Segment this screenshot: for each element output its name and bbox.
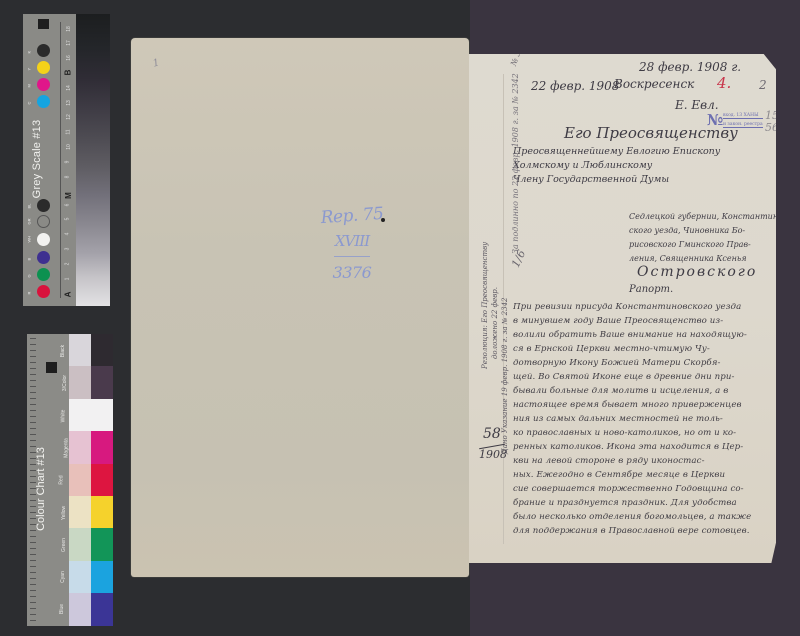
colour-chart-title: Colour Chart #13 [35,447,47,531]
grey-scale-strip [76,14,110,306]
scale-number: 16 [66,55,72,61]
sender-line: Седлецкой губернии, Константинов- [629,212,790,221]
body-line: ко православных и ново-католиков, но от … [513,428,769,438]
body-line: щей. Во Святой Иконе еще в древние дни п… [513,372,769,382]
patch-label: Red [59,475,65,484]
archive-rep-number: Rep. 75 [316,204,387,229]
scale-letter-a: A [63,292,72,298]
margin-registry-note: За подлинно по 22 февр. 1908 г. за № 234… [511,73,520,254]
patch-label: Green [61,538,67,552]
patch-red-light [69,464,91,496]
resolution-signature: Е. Евл. [675,98,719,112]
body-line: ренных католиков. Икона эта находится в … [513,442,769,452]
body-line: бывали больные для молитв и исцеления, а… [513,386,769,396]
margin-resolution-note-2: доложено 22 февр. [491,287,499,359]
body-line: волили обратить Ваше внимание на находящ… [513,330,769,340]
scale-number: 6 [64,204,70,207]
addressee-line: Холмскому и Люблинскому [513,160,652,171]
b-dot-icon [37,251,50,264]
body-line: было несколько отделения богомольцев, а … [513,512,769,522]
sender-line: рисовского Гминского Прав- [629,240,751,249]
dot-label: Y [27,65,32,71]
addressee-line: Преосвященнейшему Евлогию Епископу [513,146,720,157]
body-line: в минувшем году Ваше Преосвященство из- [513,316,769,326]
scale-number: 5 [64,218,70,221]
patch-label: Yellow [61,506,67,520]
g-dot-icon [37,268,50,281]
case-number: 58 [483,426,501,442]
dot-label: B [27,255,32,261]
wh-dot-icon [37,233,50,246]
dot-label: M [27,82,32,88]
stamp-line-1: вход. 13 ХАНЫ [723,113,763,119]
dot-label: BL [27,203,32,209]
colour-chart-target: Colour Chart #13 Black 3/Color White Mag… [27,334,113,626]
gr-dot-icon [37,215,50,228]
page-number: 2 [759,78,767,92]
patch-blue-light [69,593,91,625]
scale-number: 18 [66,26,72,32]
grey-scale-title: Grey Scale #13 [31,120,43,199]
patch-black-light [69,334,91,366]
dot-label: K [27,48,32,54]
addressee-title: Его Преосвященству [564,124,738,142]
patch-cyan [91,561,113,593]
letter-page: 28 февр. 1908 г. № 377 22 февр. 1908 Вос… [469,54,776,563]
margin-instruction-note: Дано Указание 19 февр. 1908 г. за № 2342 [501,298,509,454]
c-dot-icon [37,95,50,108]
patch-black [91,334,113,366]
dot-label: GR [27,219,32,225]
sender-surname: Островского [637,264,757,280]
m-dot-icon [37,78,50,91]
patch-blue [91,593,113,625]
scale-number: 9 [64,161,70,164]
body-line: При ревизии присуда Константиновского уе… [513,302,769,312]
colour-chart-ruler: Colour Chart #13 Black 3/Color White Mag… [27,334,69,626]
red-pencil-mark: 4. [717,74,731,92]
archive-volume-number: XVIII [317,232,387,250]
body-line: брание и празднуется праздник. Для удобс… [513,498,769,508]
dot-label: WH [27,237,32,243]
scale-letter-b: B [63,70,72,76]
letter-date: 22 февр. 1908 [531,79,619,93]
scale-number: 13 [66,100,72,106]
patch-3color [91,366,113,398]
dot-label: C [27,99,32,105]
patch-green-light [69,528,91,560]
addressee-line: Члену Государственной Думы [513,174,669,185]
patch-label: 3/Color [62,375,68,391]
scale-number: 1 [64,278,70,281]
patch-yellow-light [69,496,91,528]
scale-number: 3 [64,248,70,251]
folder-cover-page: 1 Rep. 75 XVIII 3376 [131,38,469,577]
case-year: 1908 [479,448,507,461]
scale-letter-m: M [64,192,73,199]
sender-line: ского уезда, Чиновника Бо- [629,226,745,235]
scale-number: 12 [66,114,72,120]
scale-number: 14 [66,85,72,91]
corner-pencil-mark: 1 [152,57,161,69]
k-dot-icon [37,44,50,57]
patch-label: Black [60,345,66,357]
body-line: настоящее время бывает много приверженце… [513,400,769,410]
scale-number: 10 [66,144,72,150]
patch-label: Cyan [60,571,66,583]
body-line: кви на левой стороне в ряду иконостас- [513,456,769,466]
margin-resolution-note: Резолюция: Его Преосвященству [481,242,489,369]
patch-3color-light [69,366,91,398]
archive-shelf-mark: Rep. 75 XVIII 3376 [317,206,387,282]
patch-white [69,399,113,431]
archive-mark-rule [334,256,370,257]
archive-file-number: 3376 [317,263,387,282]
body-line: ния из самых дальних местностей не толь- [513,414,769,424]
r-dot-icon [37,285,50,298]
y-dot-icon [37,61,50,74]
patch-magenta [91,431,113,463]
ruler-line [60,22,61,298]
dot-label: R [27,289,32,295]
target-logo-icon [46,362,57,373]
document-type: Рапорт. [629,284,673,295]
ink-blot [381,218,385,222]
body-line: ся в Ернской Церкви местно-чтимую Чу- [513,344,769,354]
body-line: дотворную Икону Божией Матери Скорбя- [513,358,769,368]
letter-place: Воскресенск [614,77,694,91]
patch-cyan-light [69,561,91,593]
bl-dot-icon [37,199,50,212]
patch-red [91,464,113,496]
patch-label: White [60,410,66,423]
patch-label: Blue [59,604,65,614]
patch-green [91,528,113,560]
scale-number: 8 [64,176,70,179]
body-line: ных. Ежегодно в Сентябре месяце в Церкви [513,470,769,480]
body-line: для поддержания в Православной вере сото… [513,526,769,536]
dot-label: G [27,272,32,278]
colour-patches [69,334,113,626]
scale-number: 17 [66,40,72,46]
grey-scale-target: Grey Scale #13 K Y M C BL GR WH B G R A … [23,14,110,306]
patch-yellow [91,496,113,528]
scale-number: 2 [64,263,70,266]
body-line: сие совершается торжественно Годовщина с… [513,484,769,494]
patch-magenta-light [69,431,91,463]
scale-number: 11 [66,129,72,134]
sender-line: ления, Священника Ксенья [629,254,747,263]
received-date: 28 февр. 1908 г. [639,60,741,74]
grey-scale-ruler: Grey Scale #13 K Y M C BL GR WH B G R A … [23,14,76,306]
target-logo-icon [38,19,49,29]
scale-number: 4 [64,233,70,236]
